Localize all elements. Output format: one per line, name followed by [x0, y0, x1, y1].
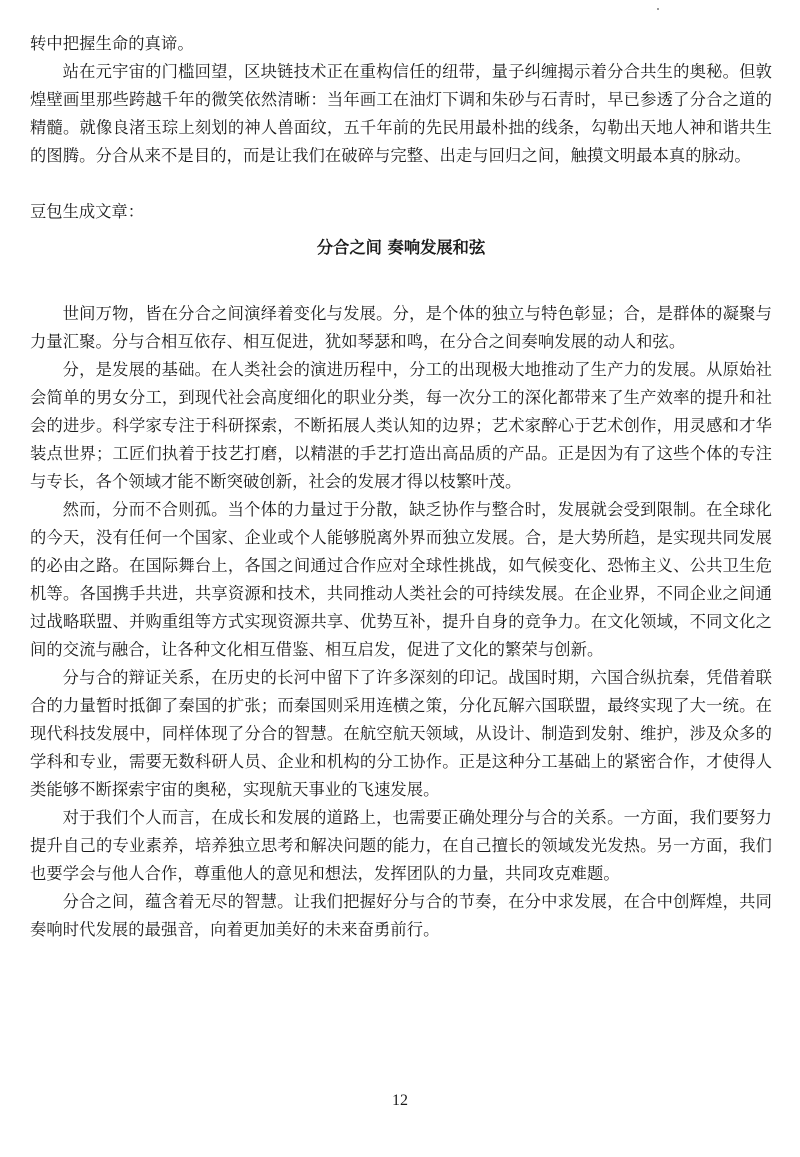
article-paragraph-personal: 对于我们个人而言，在成长和发展的道路上，也需要正确处理分与合的关系。一方面，我们…	[30, 804, 772, 888]
spacer	[30, 170, 772, 198]
scan-artifact-dot	[657, 8, 659, 10]
article-paragraph-division: 分，是发展的基础。在人类社会的演进历程中，分工的出现极大地推动了生产力的发展。从…	[30, 356, 772, 496]
document-page: 转中把握生命的真谛。 站在元宇宙的门槛回望，区块链技术正在重构信任的纽带，量子纠…	[30, 30, 772, 944]
continued-paragraph-fragment: 转中把握生命的真谛。	[30, 30, 772, 58]
spacer	[30, 262, 772, 300]
article-paragraph-intro: 世间万物，皆在分合之间演绎着变化与发展。分，是个体的独立与特色彰显；合，是群体的…	[30, 300, 772, 356]
continued-paragraph: 站在元宇宙的门槛回望，区块链技术正在重构信任的纽带，量子纠缠揭示着分合共生的奥秘…	[30, 58, 772, 170]
article-paragraph-conclusion: 分合之间，蕴含着无尽的智慧。让我们把握好分与合的节奏，在分中求发展，在合中创辉煌…	[30, 888, 772, 944]
article-paragraph-history: 分与合的辩证关系，在历史的长河中留下了许多深刻的印记。战国时期，六国合纵抗秦，凭…	[30, 664, 772, 804]
section-label: 豆包生成文章：	[30, 198, 772, 226]
article-title: 分合之间 奏响发展和弦	[30, 226, 772, 262]
page-number: 12	[0, 1092, 800, 1110]
article-paragraph-cooperation: 然而，分而不合则孤。当个体的力量过于分散，缺乏协作与整合时，发展就会受到限制。在…	[30, 496, 772, 664]
